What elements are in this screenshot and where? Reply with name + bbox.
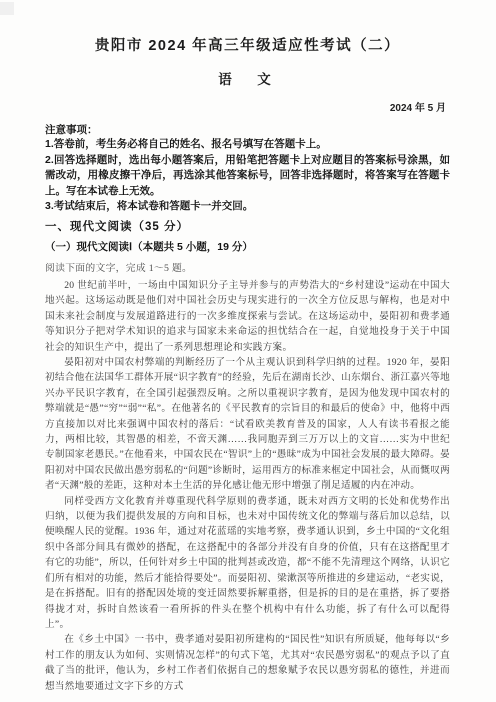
reading-instruction: 阅读下面的文字，完成 1～5 题。 <box>45 260 450 274</box>
passage-paragraph: 晏阳初对中国农村弊端的判断经历了一个从主观认识到科学归纳的过程。1920 年，晏… <box>45 355 450 494</box>
subsection-heading: （一）现代文阅读Ⅰ（本题共 5 小题，19 分） <box>45 239 450 254</box>
notice-section: 注意事项： 1.答卷前，考生务必将自己的姓名、报名号填写在答题卡上。 2.回答选… <box>45 122 450 215</box>
passage-paragraph: 同样受西方文化教育并尊重现代科学原则的费孝通，既未对西方文明的长处和优势作出归纳… <box>45 494 450 633</box>
scan-artifact <box>0 2 14 15</box>
exam-title: 贵阳市 2024 年高三年级适应性考试（二） <box>45 34 450 55</box>
notice-item: 2.回答选择题时，选出每小题答案后，用铅笔把答题卡上对应题目的答案标号涂黑，如需… <box>45 153 450 200</box>
exam-date: 2024 年 5 月 <box>45 99 450 114</box>
notice-item: 3.考试结束后，将本试卷和答题卡一并交回。 <box>45 199 450 215</box>
section-heading: 一、现代文阅读（35 分） <box>45 218 450 234</box>
notice-heading: 注意事项： <box>45 122 450 137</box>
passage-paragraph: 20 世纪前半叶，一场由中国知识分子主导并参与的声势浩大的“乡村建设”运动在中国… <box>45 278 450 355</box>
subject-title: 语 文 <box>45 68 450 88</box>
exam-paper-page: 贵阳市 2024 年高三年级适应性考试（二） 语 文 2024 年 5 月 注意… <box>0 0 496 702</box>
passage-paragraph: 在《乡土中国》一书中，费孝通对晏阳初所建构的“国民性”知识有所质疑，他每每以“乡… <box>45 632 450 694</box>
notice-item: 1.答卷前，考生务必将自己的姓名、报名号填写在答题卡上。 <box>45 137 450 153</box>
reading-passage: 20 世纪前半叶，一场由中国知识分子主导并参与的声势浩大的“乡村建设”运动在中国… <box>45 278 450 694</box>
